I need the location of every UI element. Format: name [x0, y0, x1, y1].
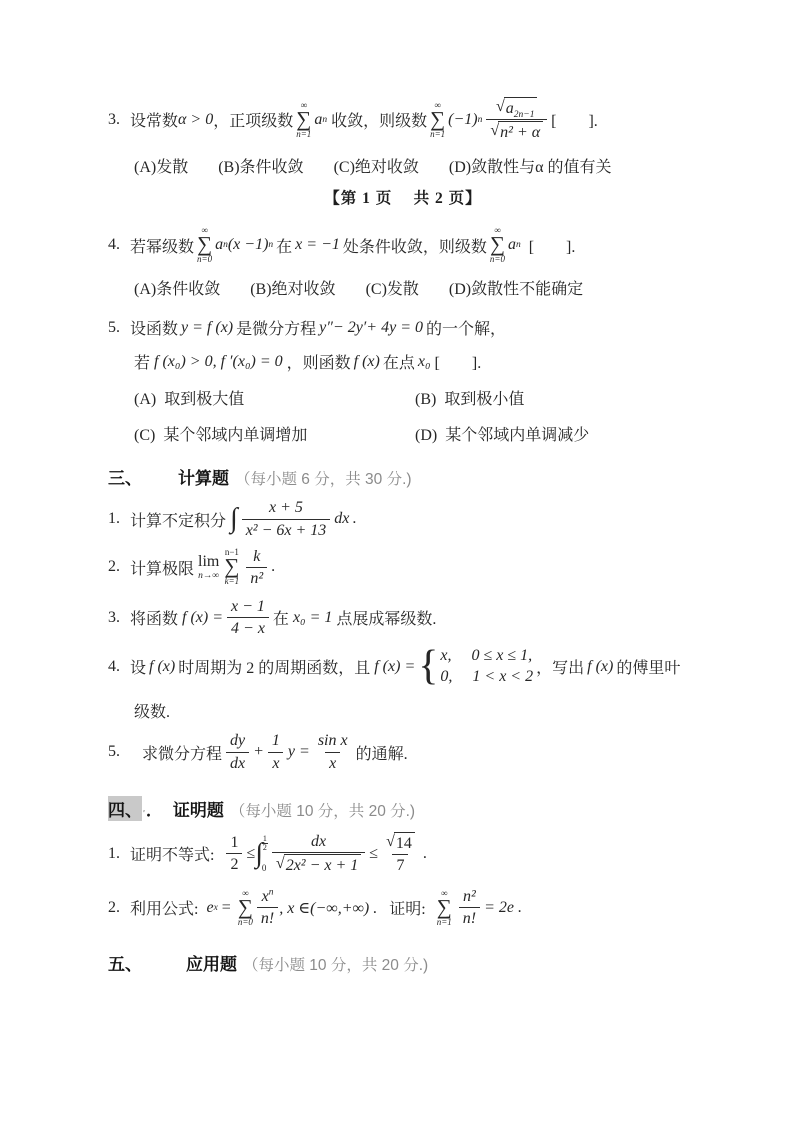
section-3-header: 三、 计算题 （每小题 6 分，共 30 分.) — [108, 464, 698, 489]
exam-page: 3. 设常数 α > 0 ，正项级数 ∞ ∑ n=1 an 收敛，则级数 ∞ ∑… — [0, 0, 793, 1122]
fraction: k n² — [246, 547, 267, 588]
question-number: 5. — [108, 743, 120, 761]
math-domain: , x ∈(−∞,+∞) . — [279, 898, 377, 918]
limit-symbol: lim n→∞ — [198, 554, 219, 582]
sum-symbol: ∞ ∑ n=1 — [430, 101, 445, 139]
question-text: 是微分方程 — [236, 316, 316, 339]
calc-question-3: 3. 将函数 f (x) = x − 1 4 − x 在 x₀ = 1 点展成幂… — [108, 597, 698, 638]
option-c: (C)绝对收敛 — [334, 154, 419, 177]
question-text: 证明不等式: — [130, 842, 214, 865]
math-term: f (x) = — [374, 658, 415, 676]
question-number: 2. — [108, 899, 120, 917]
question-number: 2. — [108, 558, 120, 576]
option-d: (D)敛散性与α 的值有关 — [449, 154, 612, 177]
question-3: 3. 设常数 α > 0 ，正项级数 ∞ ∑ n=1 an 收敛，则级数 ∞ ∑… — [108, 97, 698, 142]
page-footer: 【第 1 页 共 2 页】 — [108, 186, 698, 208]
option-c: (C)发散 — [366, 276, 419, 299]
calc-question-2: 2. 计算极限 lim n→∞ n−1 ∑ k=1 k n² . — [108, 547, 698, 588]
question-text: 若 — [134, 350, 150, 373]
section-number: 三、 — [108, 464, 142, 489]
section-note: （每小题 10 分，共 20 分.) — [230, 799, 415, 821]
question-text: ，则函数 — [287, 350, 351, 373]
sum-symbol: ∞ ∑ n=1 — [437, 889, 452, 927]
lower-limit: 0 — [262, 863, 268, 873]
math-term: a — [314, 111, 322, 129]
option-d: (D)敛散性不能确定 — [449, 276, 583, 299]
section-4-header: 四、 ′ ． 证明题 （每小题 10 分，共 20 分.) — [108, 796, 698, 821]
option-b: (B)条件收敛 — [218, 154, 303, 177]
piecewise-function: { x,0 ≤ x ≤ 1, 0,1 < x < 2 — [418, 647, 533, 686]
integral-sign: ∫ — [230, 505, 238, 533]
math-alpha-condition: α > 0 — [178, 111, 213, 129]
sum-symbol: ∞ ∑ n=0 — [197, 226, 212, 264]
answer-blank: [ ]. — [521, 234, 576, 257]
math-term: y = f (x) — [181, 319, 233, 337]
question-text: 将函数 — [130, 606, 178, 629]
question-5-options: (A) 取到极大值 (B) 取到极小值 (C) 某个邻域内单调增加 (D) 某个… — [134, 386, 698, 445]
question-text: 计算不定积分 — [130, 508, 226, 531]
section-note: （每小题 10 分，共 20 分.) — [243, 953, 428, 975]
option-b: (B)绝对收敛 — [250, 276, 335, 299]
math-term: f (x) = — [182, 609, 223, 627]
option-a: (A)发散 — [134, 154, 188, 177]
fraction: 1 x — [268, 731, 284, 772]
math-term: a — [215, 236, 223, 254]
section-5-header: 五、 应用题 （每小题 10 分，共 20 分.) — [108, 950, 698, 975]
answer-blank: [ ]. — [551, 108, 598, 131]
math-equation: y″− 2y′+ 4y = 0 — [319, 319, 423, 337]
question-5-line2: 若 f (x₀) > 0, f ′(x₀) = 0 ，则函数 f (x) 在点 … — [134, 350, 698, 373]
question-text: 利用公式: — [130, 896, 198, 919]
plus-sign: + — [253, 743, 264, 761]
question-text: 设 — [130, 655, 146, 678]
question-number: 3. — [108, 111, 120, 129]
math-condition: f (x₀) > 0, f ′(x₀) = 0 — [154, 353, 283, 371]
calc-question-1: 1. 计算不定积分 ∫ x + 5 x² − 6x + 13 dx . — [108, 498, 698, 539]
question-4: 4. 若幂级数 ∞ ∑ n=0 an(x −1)n 在 x = −1 处条件收敛… — [108, 226, 698, 264]
sum-symbol: n−1 ∑ k=1 — [224, 548, 239, 586]
question-number: 3. — [108, 609, 120, 627]
option-b: (B) 取到极小值 — [415, 386, 698, 409]
equals-sign: = — [222, 899, 231, 917]
answer-blank: [ ]. — [431, 350, 482, 373]
leq-sign: ≤ — [246, 845, 255, 863]
section-number: 五、 — [108, 950, 142, 975]
fraction: n² n! — [459, 887, 480, 928]
calc-question-4: 4. 设 f (x) 时周期为 2 的周期函数，且 f (x) = { x,0 … — [108, 647, 698, 686]
math-term: x₀ = 1 — [293, 609, 332, 627]
fraction: x + 5 x² − 6x + 13 — [242, 498, 331, 539]
question-3-options: (A)发散 (B)条件收敛 (C)绝对收敛 (D)敛散性与α 的值有关 — [134, 154, 698, 177]
math-result: = 2e . — [484, 899, 522, 917]
fraction: xn n! — [257, 887, 278, 928]
fraction: dx √ 2x² − x + 1 — [272, 832, 365, 875]
sum-symbol: ∞ ∑ n=0 — [238, 889, 253, 927]
question-text: 计算极限 — [130, 556, 194, 579]
math-term: dx — [334, 510, 349, 528]
section-number-highlighted: 四、 — [108, 796, 142, 821]
question-number: 4. — [108, 658, 120, 676]
question-text: 收敛，则级数 — [331, 108, 427, 131]
calc-question-4-cont: 级数. — [134, 699, 698, 722]
fraction: √ a2n−1 √ n² + α — [486, 97, 547, 142]
question-text: 在 — [276, 234, 292, 257]
question-text: 设常数 — [130, 108, 178, 131]
sqrt: √ n² + α — [490, 121, 543, 142]
section-title: 计算题 — [178, 464, 229, 489]
option-a: (A) 取到极大值 — [134, 386, 415, 409]
page-content: 3. 设常数 α > 0 ，正项级数 ∞ ∑ n=1 an 收敛，则级数 ∞ ∑… — [108, 0, 698, 975]
question-text: 若幂级数 — [130, 234, 194, 257]
section-title: 证明题 — [173, 796, 224, 821]
question-text: 证明: — [389, 896, 425, 919]
section-note: （每小题 6 分，共 30 分.) — [235, 467, 412, 489]
math-term: x = −1 — [295, 236, 340, 254]
math-term: (−1) — [448, 111, 477, 129]
question-number: 1. — [108, 510, 120, 528]
fraction: sin x x — [314, 731, 352, 772]
option-c: (C) 某个邻域内单调增加 — [134, 422, 415, 445]
proof-question-1: 1. 证明不等式: 1 2 ≤ ∫ 1 2 0 dx — [108, 832, 698, 875]
math-term: e — [206, 899, 213, 917]
math-term: f (x) — [149, 658, 175, 676]
fraction: 1 2 — [226, 833, 242, 874]
math-term: (x −1) — [228, 236, 269, 254]
math-term: x₀ — [418, 353, 431, 371]
question-4-options: (A)条件收敛 (B)绝对收敛 (C)发散 (D)敛散性不能确定 — [134, 276, 698, 299]
fraction: dy dx — [226, 731, 249, 772]
sqrt: √ 2x² − x + 1 — [276, 854, 361, 875]
option-d: (D) 某个邻域内单调减少 — [415, 422, 698, 445]
question-text: ，正项级数 — [213, 108, 293, 131]
brace: { — [418, 650, 438, 684]
leq-sign: ≤ — [369, 845, 378, 863]
question-text: 设函数 — [130, 316, 178, 339]
sqrt: √ a2n−1 — [496, 97, 537, 118]
calc-question-5: 5. 求微分方程 dy dx + 1 x y = sin x x 的通解. — [108, 731, 698, 772]
question-text: 在点 — [383, 350, 415, 373]
upper-limit: 1 2 — [262, 835, 268, 852]
math-term: f (x) — [354, 353, 380, 371]
math-term: f (x) — [587, 658, 613, 676]
question-number: 4. — [108, 236, 120, 254]
fraction: x − 1 4 − x — [227, 597, 269, 638]
stray-tick-mark: ′ — [143, 809, 145, 818]
section-title: 应用题 — [186, 950, 237, 975]
math-term: y = — [288, 743, 310, 761]
sum-symbol: ∞ ∑ n=0 — [490, 226, 505, 264]
option-a: (A)条件收敛 — [134, 276, 220, 299]
question-number: 5. — [108, 319, 120, 337]
question-text: 处条件收敛，则级数 — [343, 234, 487, 257]
question-5-line1: 5. 设函数 y = f (x) 是微分方程 y″− 2y′+ 4y = 0 的… — [108, 316, 698, 339]
question-text: 求微分方程 — [142, 741, 222, 764]
proof-question-2: 2. 利用公式: ex = ∞ ∑ n=0 xn n! , x ∈(−∞,+∞)… — [108, 887, 698, 928]
section-dot: ． — [146, 796, 163, 821]
fraction: √ 14 7 — [382, 832, 419, 875]
definite-integral: ∫ 1 2 0 — [255, 835, 268, 873]
math-term: a — [508, 236, 516, 254]
sqrt: √ 14 — [386, 832, 415, 853]
question-text: 的一个解， — [426, 316, 506, 339]
question-number: 1. — [108, 845, 120, 863]
sum-symbol: ∞ ∑ n=1 — [296, 101, 311, 139]
